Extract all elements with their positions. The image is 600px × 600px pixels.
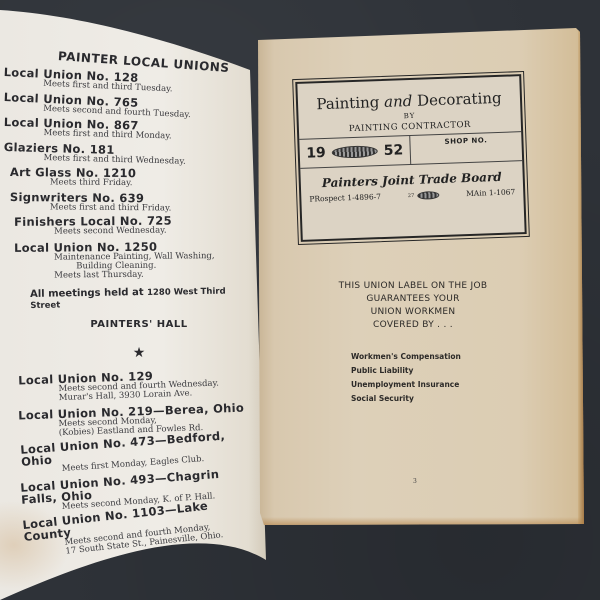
page-bottom-edge — [258, 517, 584, 525]
bug-number: 27 — [408, 192, 415, 198]
hall-name: PAINTERS' HALL — [34, 319, 244, 330]
phone-right: MAin 1-1067 — [466, 187, 515, 198]
union-meeting: Meets third Friday. — [10, 178, 244, 189]
right-page: Painting and Decorating BY PAINTING CONT… — [258, 28, 584, 525]
guarantee-line: UNION WORKMEN — [298, 306, 528, 319]
coverage-list: Workmen's Compensation Public Liability … — [351, 350, 461, 406]
year-prefix: 19 — [306, 145, 326, 162]
phone-left: PRospect 1-4896-7 — [309, 192, 381, 203]
union-bug-icon — [417, 191, 439, 200]
year-suffix: 52 — [383, 142, 403, 159]
coverage-item: Social Security — [351, 392, 461, 406]
union-entry: Local Union No. 129 Meets second and fou… — [4, 366, 245, 404]
meeting-note-prefix: All meetings held at — [30, 287, 144, 300]
union-bug-icon — [332, 145, 378, 159]
coverage-item: Workmen's Compensation — [351, 350, 461, 364]
label-title-italic: and — [384, 92, 413, 111]
shop-number-field: SHOP NO. — [410, 132, 522, 164]
guarantee-line: THIS UNION LABEL ON THE JOB — [298, 280, 528, 293]
union-label: Painting and Decorating BY PAINTING CONT… — [295, 74, 526, 242]
label-title-part2: Decorating — [417, 89, 502, 110]
coverage-item: Unemployment Insurance — [351, 378, 461, 392]
page-number: 3 — [413, 478, 417, 485]
bug-mark: 27 — [408, 191, 440, 200]
star-icon: ★ — [34, 344, 244, 361]
union-entry: Finishers Local No. 725 Meets second Wed… — [4, 214, 244, 237]
label-year-shop-row: 19 52 SHOP NO. — [299, 131, 522, 169]
left-page: PAINTER LOCAL UNIONS Local Union No. 128… — [0, 0, 270, 600]
union-entry: Local Union No. 1250 Maintenance Paintin… — [4, 240, 244, 281]
label-year: 19 52 — [299, 136, 411, 168]
union-meeting: Meets first and third Friday. — [10, 203, 244, 214]
coverage-item: Public Liability — [351, 364, 461, 378]
guarantee-line: COVERED BY . . . — [298, 319, 528, 332]
label-title-part1: Painting — [316, 93, 380, 113]
union-entry: Signwriters No. 639 Meets first and thir… — [4, 191, 244, 214]
union-entry: Glaziers No. 181 Meets first and third W… — [3, 141, 243, 168]
guarantee-line: GUARANTEES YOUR — [298, 293, 528, 306]
guarantee-text: THIS UNION LABEL ON THE JOB GUARANTEES Y… — [298, 280, 528, 332]
union-meeting: Meets last Thursday. — [14, 270, 244, 281]
meeting-location-note: All meetings held at 1280 West Third Str… — [30, 285, 244, 311]
page-edge — [578, 28, 584, 525]
union-entry: Art Glass No. 1210 Meets third Friday. — [4, 166, 244, 189]
union-directory: PAINTER LOCAL UNIONS Local Union No. 128… — [4, 48, 244, 584]
